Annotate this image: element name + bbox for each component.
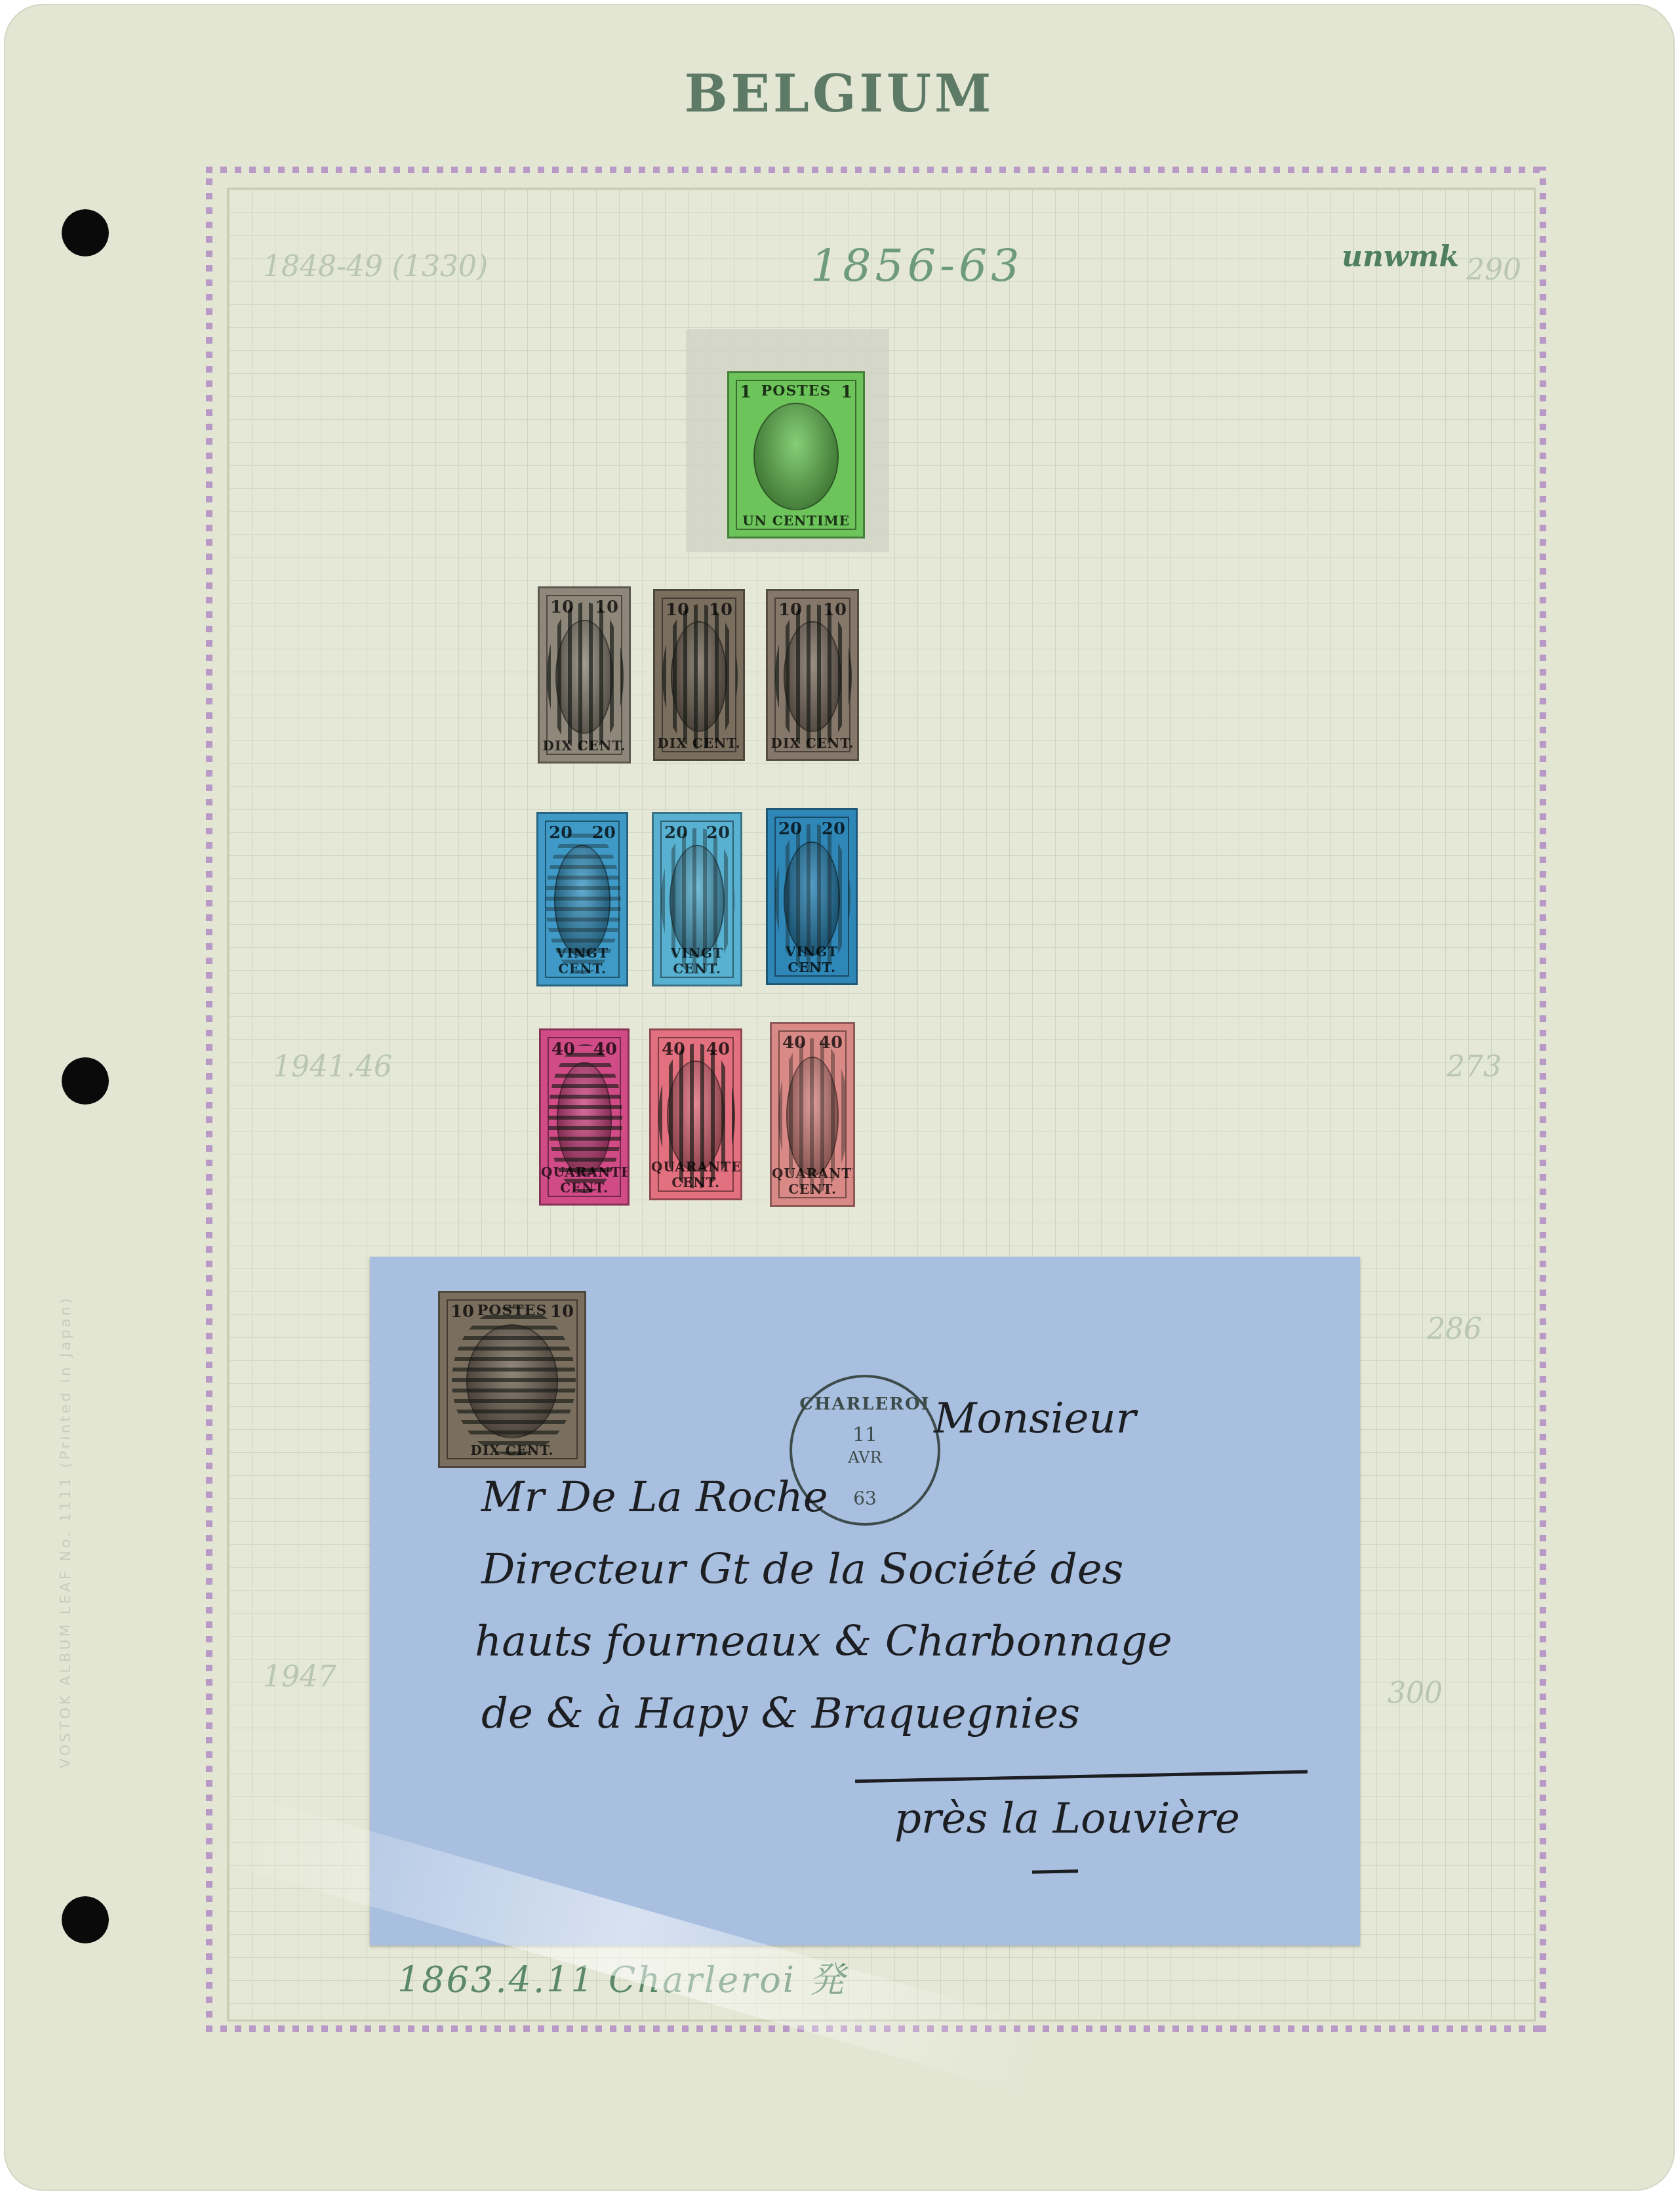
address-flourish bbox=[1032, 1869, 1078, 1873]
watermark-note: unwmk bbox=[1342, 240, 1459, 274]
faint-pencil-note: 300 bbox=[1388, 1676, 1443, 1710]
stamp-40c-carmine[interactable]: 40 40 QUARANTE CENT. bbox=[539, 1028, 630, 1206]
faint-pencil-note: 1947 bbox=[263, 1660, 336, 1694]
year-range-note: 1856-63 bbox=[810, 240, 1024, 292]
album-page: BELGIUM VOSTOK ALBUM LEAF No. 1111 (Prin… bbox=[4, 4, 1675, 2191]
faint-pencil-note: 273 bbox=[1447, 1050, 1502, 1084]
stamp-40c-carmine[interactable]: 40 40 QUARANTE CENT. bbox=[649, 1028, 742, 1200]
stamp-20c-blue[interactable]: 20 20 VINGT CENT. bbox=[766, 808, 858, 985]
address-line: de & à Hapy & Braquegnies bbox=[481, 1690, 1080, 1738]
page-title: BELGIUM bbox=[4, 64, 1675, 124]
address-line: Directeur Gt de la Société des bbox=[481, 1545, 1123, 1594]
address-line: Mr De La Roche bbox=[481, 1473, 828, 1522]
faint-pencil-note: 286 bbox=[1427, 1312, 1482, 1346]
address-underline bbox=[855, 1770, 1308, 1783]
punch-hole bbox=[62, 1057, 109, 1105]
punch-hole bbox=[62, 209, 109, 256]
album-imprint: VOSTOK ALBUM LEAF No. 1111 (Printed in J… bbox=[58, 1250, 84, 1814]
faint-pencil-note: 1848-49 (1330) bbox=[263, 250, 488, 283]
faint-pencil-note: 1941.46 bbox=[273, 1050, 392, 1084]
address-line: hauts fourneaux & Charbonnage bbox=[475, 1617, 1172, 1666]
stamp-10c-brown[interactable]: 10 10 DIX CENT. bbox=[766, 589, 859, 761]
stamp-1c-green[interactable]: 1 POSTES 1 UN CENTIME bbox=[727, 371, 865, 538]
address-line: près la Louvière bbox=[894, 1795, 1240, 1843]
stamp-20c-blue[interactable]: 20 20 VINGT CENT. bbox=[652, 812, 742, 986]
punch-hole bbox=[62, 1896, 109, 1943]
cover-stamp-10c-brown[interactable]: 10 POSTES 10 DIX CENT. bbox=[438, 1291, 586, 1468]
faint-pencil-note: 290 bbox=[1466, 253, 1521, 287]
postal-cover[interactable]: 10 POSTES 10 DIX CENT. CHARLEROI 11 AVR … bbox=[370, 1257, 1360, 1945]
stamp-20c-blue[interactable]: 20 20 VINGT CENT. bbox=[536, 812, 628, 986]
stamp-10c-brown[interactable]: 10 10 DIX CENT. bbox=[653, 589, 745, 761]
stamp-10c-brown[interactable]: 10 10 DIX CENT. bbox=[538, 586, 631, 763]
cover-caption: 1863.4.11 Charleroi 発 bbox=[397, 1952, 847, 2002]
stamp-40c-carmine[interactable]: 40 40 QUARANTE CENT. bbox=[770, 1022, 855, 1207]
address-line: Monsieur bbox=[934, 1394, 1136, 1443]
